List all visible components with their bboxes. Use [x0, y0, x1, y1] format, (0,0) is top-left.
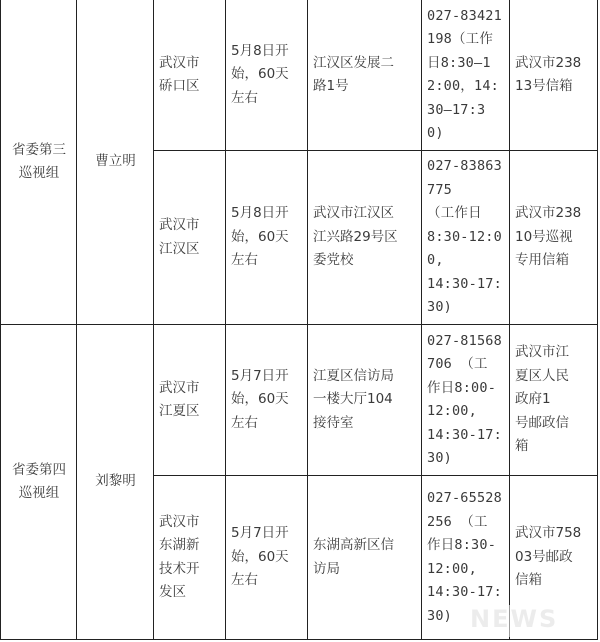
- phone-line: 2:00，14:: [427, 75, 505, 99]
- mailbox-line: 专用信箱: [515, 249, 593, 273]
- time-line: 5月7日开: [231, 365, 303, 389]
- time-line: 始，60天: [231, 388, 303, 412]
- leader-name: 曹立明: [82, 150, 149, 174]
- mailbox-line: 武汉市238: [515, 202, 593, 226]
- mailbox-line: 武汉市238: [515, 52, 593, 76]
- phone-line: 198（工作: [427, 28, 505, 52]
- phone-line: 30): [427, 296, 505, 320]
- location-line: 东湖高新区信: [313, 534, 417, 558]
- time-line: 左右: [231, 87, 303, 111]
- phone-hours-cell: 027-83421 198（工作 日8:30—1 2:00，14: 30—17:…: [422, 0, 510, 151]
- time-line: 始，60天: [231, 226, 303, 250]
- time-line: 左右: [231, 249, 303, 273]
- phone-line: 8:30-12:0: [427, 226, 505, 250]
- time-cell: 5月8日开 始，60天 左右: [226, 151, 308, 325]
- mailbox-line: 武汉市758: [515, 522, 593, 546]
- phone-line: 027-81568: [427, 330, 505, 354]
- phone-line: 日8:30—1: [427, 52, 505, 76]
- area-line: 发区: [159, 581, 221, 605]
- mailbox-line: 号邮政信: [515, 412, 593, 436]
- phone-line: 027-65528: [427, 487, 505, 511]
- location-line: 江汉区发展二: [313, 52, 417, 76]
- phone-line: 12:00,: [427, 558, 505, 582]
- area-line: 江汉区: [159, 238, 221, 262]
- phone-line: 14:30-17:: [427, 273, 505, 297]
- location-line: 委党校: [313, 249, 417, 273]
- leader-cell: 曹立明: [77, 0, 154, 325]
- reception-location-cell: 东湖高新区信 访局: [308, 476, 422, 640]
- group-name-line: 巡视组: [6, 482, 72, 506]
- group-name-line: 省委第四: [6, 459, 72, 483]
- phone-line: 0,: [427, 249, 505, 273]
- mailbox-line: 武汉市江: [515, 341, 593, 365]
- reception-location-cell: 武汉市江汉区 江兴路29号区 委党校: [308, 151, 422, 325]
- target-area-cell: 武汉市 江汉区: [154, 151, 226, 325]
- phone-line: 14:30-17:: [427, 424, 505, 448]
- group-name-line: 省委第三: [6, 139, 72, 163]
- leader-name: 刘黎明: [82, 470, 149, 494]
- mailbox-line: 政府1: [515, 388, 593, 412]
- time-line: 左右: [231, 412, 303, 436]
- time-line: 5月7日开: [231, 522, 303, 546]
- phone-line: 30): [427, 447, 505, 471]
- phone-line: 0): [427, 122, 505, 146]
- table-row: 省委第四 巡视组 刘黎明 武汉市 江夏区 5月7日开 始，60天 左右 江夏区信…: [1, 325, 598, 476]
- phone-line: 作日8:00-: [427, 377, 505, 401]
- time-cell: 5月7日开 始，60天 左右: [226, 476, 308, 640]
- table-row: 省委第三 巡视组 曹立明 武汉市 硚口区 5月8日开 始，60天 左右 江汉区发…: [1, 0, 598, 151]
- mailbox-line: 信箱: [515, 569, 593, 593]
- inspection-group-cell: 省委第四 巡视组: [1, 325, 77, 640]
- location-line: 江兴路29号区: [313, 226, 417, 250]
- watermark: NEWS: [470, 605, 595, 637]
- mailbox-cell: 武汉市238 10号巡视 专用信箱: [510, 151, 598, 325]
- time-line: 始，60天: [231, 63, 303, 87]
- phone-line: （工作日: [427, 202, 505, 226]
- location-line: 接待室: [313, 412, 417, 436]
- phone-line: 706 （工: [427, 353, 505, 377]
- location-line: 访局: [313, 558, 417, 582]
- area-line: 武汉市: [159, 377, 221, 401]
- mailbox-line: 03号邮政: [515, 546, 593, 570]
- time-line: 5月8日开: [231, 40, 303, 64]
- target-area-cell: 武汉市 江夏区: [154, 325, 226, 476]
- area-line: 武汉市: [159, 511, 221, 535]
- mailbox-line: 10号巡视: [515, 226, 593, 250]
- target-area-cell: 武汉市 东湖新 技术开 发区: [154, 476, 226, 640]
- phone-line: 作日8:30-: [427, 534, 505, 558]
- location-line: 武汉市江汉区: [313, 202, 417, 226]
- phone-line: 027-83863: [427, 155, 505, 179]
- phone-line: 027-83421: [427, 5, 505, 29]
- phone-line: 256 （工: [427, 511, 505, 535]
- time-line: 左右: [231, 569, 303, 593]
- reception-location-cell: 江汉区发展二 路1号: [308, 0, 422, 151]
- phone-line: 14:30-17:: [427, 581, 505, 605]
- mailbox-line: 箱: [515, 435, 593, 459]
- area-line: 硚口区: [159, 75, 221, 99]
- area-line: 武汉市: [159, 214, 221, 238]
- phone-hours-cell: 027-83863 775 （工作日 8:30-12:0 0, 14:30-17…: [422, 151, 510, 325]
- location-line: 路1号: [313, 75, 417, 99]
- mailbox-line: 13号信箱: [515, 75, 593, 99]
- location-line: 一楼大厅104: [313, 388, 417, 412]
- inspection-schedule-table: 省委第三 巡视组 曹立明 武汉市 硚口区 5月8日开 始，60天 左右 江汉区发…: [0, 0, 598, 640]
- time-cell: 5月7日开 始，60天 左右: [226, 325, 308, 476]
- area-line: 东湖新: [159, 534, 221, 558]
- phone-line: 30—17:3: [427, 99, 505, 123]
- mailbox-line: 夏区人民: [515, 365, 593, 389]
- mailbox-cell: 武汉市238 13号信箱: [510, 0, 598, 151]
- area-line: 江夏区: [159, 400, 221, 424]
- time-line: 始，60天: [231, 546, 303, 570]
- leader-cell: 刘黎明: [77, 325, 154, 640]
- time-cell: 5月8日开 始，60天 左右: [226, 0, 308, 151]
- reception-location-cell: 江夏区信访局 一楼大厅104 接待室: [308, 325, 422, 476]
- group-name-line: 巡视组: [6, 162, 72, 186]
- phone-line: 775: [427, 179, 505, 203]
- area-line: 技术开: [159, 558, 221, 582]
- inspection-group-cell: 省委第三 巡视组: [1, 0, 77, 325]
- area-line: 武汉市: [159, 52, 221, 76]
- target-area-cell: 武汉市 硚口区: [154, 0, 226, 151]
- location-line: 江夏区信访局: [313, 365, 417, 389]
- time-line: 5月8日开: [231, 202, 303, 226]
- phone-hours-cell: 027-81568 706 （工 作日8:00- 12:00, 14:30-17…: [422, 325, 510, 476]
- phone-line: 12:00,: [427, 400, 505, 424]
- mailbox-cell: 武汉市江 夏区人民 政府1 号邮政信 箱: [510, 325, 598, 476]
